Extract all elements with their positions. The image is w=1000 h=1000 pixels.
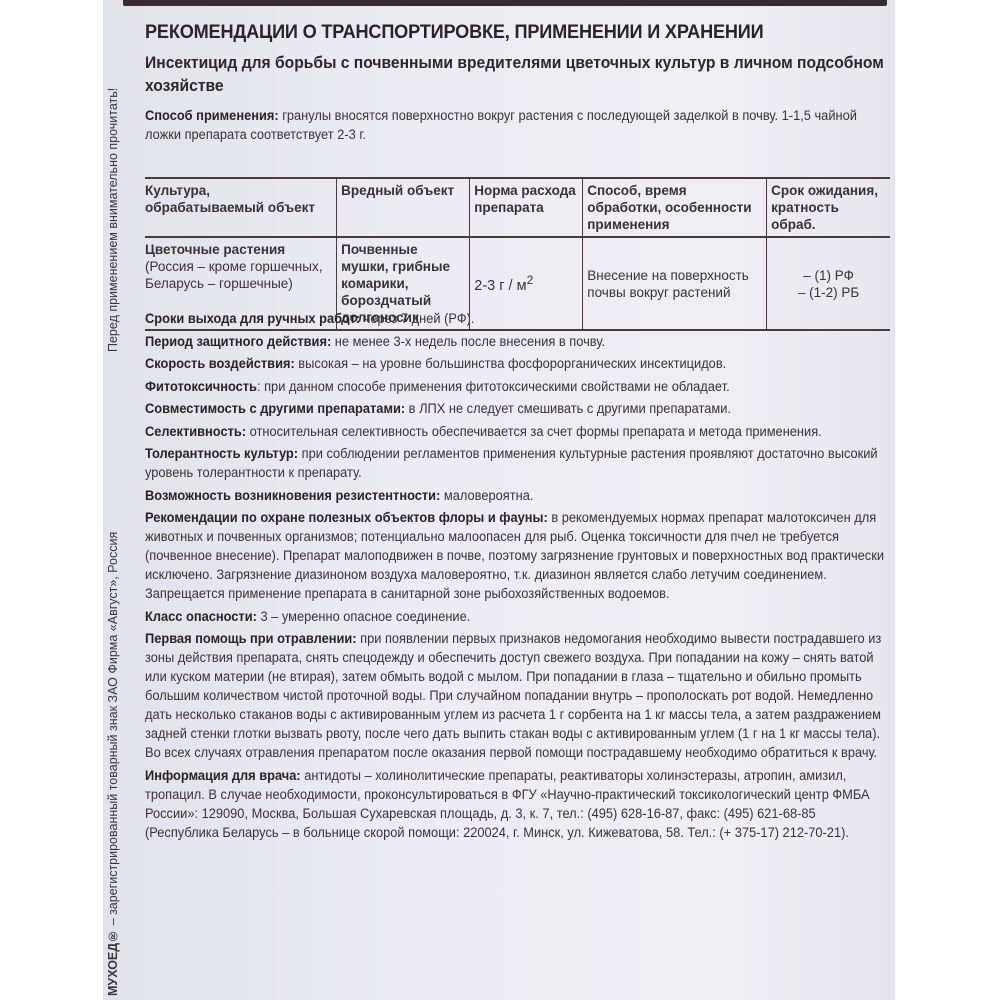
section: Скорость воздействия: высокая – на уровн… [145, 355, 887, 374]
section-text: 3 – умеренно опасное соединение. [257, 609, 470, 625]
section: Сроки выхода для ручных работ: через 7 д… [145, 310, 887, 329]
section: Информация для врача: антидоты – холинол… [145, 767, 887, 843]
section: Первая помощь при отравлении: при появле… [145, 630, 887, 763]
section-label: Скорость воздействия: [145, 356, 295, 372]
wait-rb: – (1-2) РБ [798, 285, 859, 300]
section-label: Сроки выхода для ручных работ: [145, 311, 360, 327]
section-label: Толерантность культур: [145, 446, 298, 462]
section-text: не менее 3-х недель после внесения в поч… [331, 334, 605, 350]
section-text: маловероятна. [440, 488, 533, 504]
header-pest: Вредный объект [337, 178, 470, 237]
page-title: РЕКОМЕНДАЦИИ О ТРАНСПОРТИРОВКЕ, ПРИМЕНЕН… [145, 15, 835, 49]
section-label: Возможность возникновения резистентности… [145, 488, 440, 504]
section-text: высокая – на уровне большинства фосфорор… [295, 356, 726, 372]
product-subtitle: Инсектицид для борьбы с почвенными вреди… [145, 51, 890, 97]
trademark-note: – зарегистрированный товарный знак ЗАО Ф… [106, 532, 120, 929]
rate-value: 2-3 г / м [474, 278, 526, 294]
section-label: Информация для врача: [145, 768, 301, 784]
top-divider [123, 0, 887, 6]
brand-name: МУХОЕД® [106, 929, 120, 996]
section: Рекомендации по охране полезных объектов… [145, 509, 887, 604]
header-wait: Срок ожидания, кратность обраб. [767, 178, 890, 237]
rate-unit-exponent: 2 [527, 273, 534, 287]
section-label: Период защитного действия: [145, 334, 331, 350]
header-rate: Норма расхода препарата [470, 178, 583, 237]
section-label: Фитотоксичность [145, 379, 257, 395]
section: Фитотоксичность: при данном способе прим… [145, 378, 887, 397]
side-warning-label: Перед применением внимательно прочитать! [106, 88, 120, 352]
section: Толерантность культур: при соблюдении ре… [145, 445, 887, 483]
section-text: относительная селективность обеспечивает… [246, 424, 822, 440]
section: Совместимость с другими препаратами: в Л… [145, 400, 887, 419]
application-method: Способ применения: гранулы вносятся пове… [145, 107, 887, 145]
header-method: Способ, время обработки, особенности при… [583, 178, 767, 237]
label-content: РЕКОМЕНДАЦИИ О ТРАНСПОРТИРОВКЕ, ПРИМЕНЕН… [145, 15, 887, 145]
side-warning-text: Перед применением внимательно прочитать! [105, 62, 121, 352]
application-table: Культура, обрабатываемый объект Вредный … [145, 177, 890, 331]
table-header-row: Культура, обрабатываемый объект Вредный … [145, 178, 890, 237]
crop-name: Цветочные растения [145, 242, 285, 257]
section-text: при появлении первых признаков недомоган… [145, 631, 881, 761]
section: Возможность возникновения резистентности… [145, 487, 887, 506]
section: Период защитного действия: не менее 3-х … [145, 333, 887, 352]
recommendations-body: Сроки выхода для ручных работ: через 7 д… [145, 310, 895, 846]
section-label: Рекомендации по охране полезных объектов… [145, 510, 548, 526]
section-text: в ЛПХ не следует смешивать с другими пре… [405, 401, 731, 417]
side-trademark-text: МУХОЕД® – зарегистрированный товарный зн… [105, 360, 121, 996]
section: Селективность: относительная селективнос… [145, 423, 887, 442]
crop-note: (Россия – кроме горшечных, Беларусь – го… [145, 259, 322, 291]
section-label: Способ применения: [145, 108, 279, 124]
section-text: через 7 дней (РФ). [360, 311, 474, 327]
product-label: Перед применением внимательно прочитать!… [103, 0, 895, 1000]
section-label: Селективность: [145, 424, 246, 440]
section-label: Совместимость с другими препаратами: [145, 401, 405, 417]
wait-rf: – (1) РФ [803, 268, 854, 283]
section-label: Класс опасности: [145, 609, 257, 625]
section-label: Первая помощь при отравлении: [145, 631, 357, 647]
header-crop: Культура, обрабатываемый объект [145, 178, 337, 237]
section-text: : при данном способе применения фитотокс… [257, 379, 730, 395]
section: Класс опасности: 3 – умеренно опасное со… [145, 608, 887, 627]
